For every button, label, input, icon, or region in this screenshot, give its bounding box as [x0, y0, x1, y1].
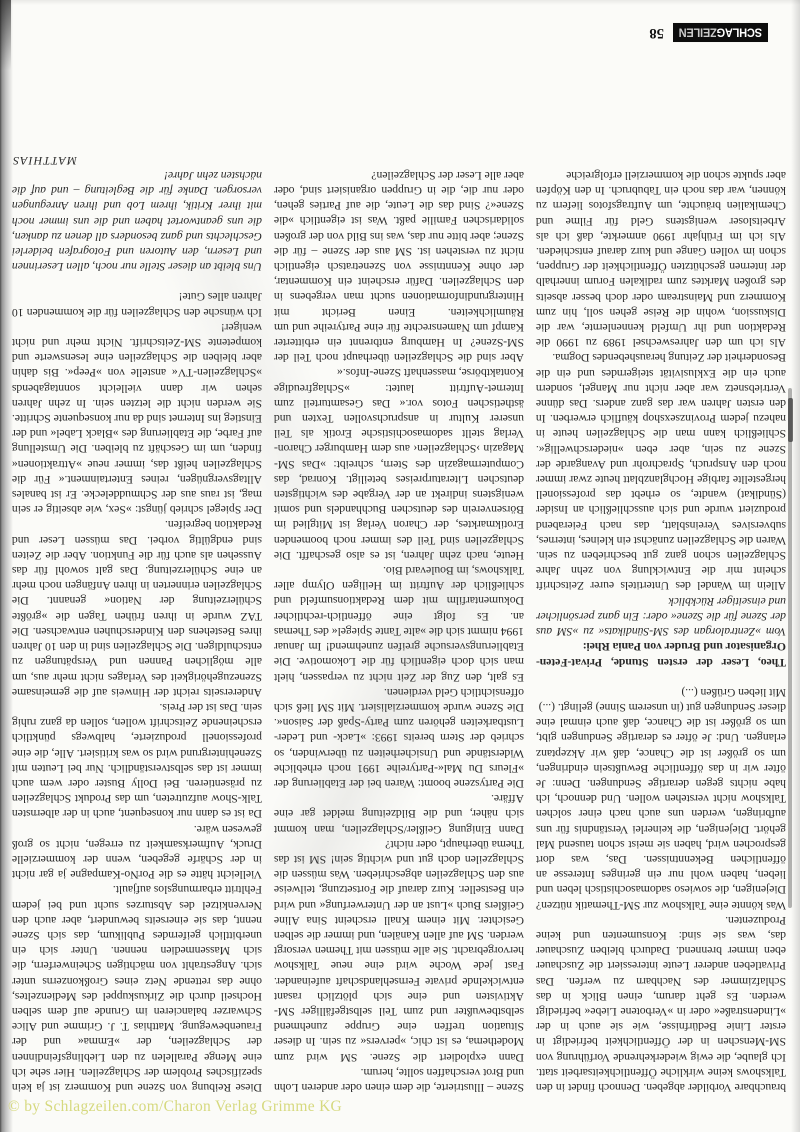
paragraph: Vielleicht hätte es die PorNo-Kampagne j…: [12, 821, 262, 882]
scan-edge-right-shadow: [791, 0, 800, 1132]
paragraph: Da ist es dann nur konsequent, auch in d…: [12, 700, 262, 822]
article-column-1: brauchbare Vorbilder abgeben. Dennoch fi…: [536, 47, 786, 1095]
paragraph: Diese Reibung von Szene und Kommerz ist …: [12, 882, 262, 1095]
paragraph: Mit lieben Grüßen (...): [536, 685, 786, 700]
scan-edge-left-shadow: [0, 0, 13, 1132]
paragraph: Uns bleibt an dieser Stelle nur noch, al…: [12, 168, 262, 274]
paragraph: Theo, Leser der ersten Stunde, Privat-Fe…: [536, 639, 786, 669]
scan-edge-right-mark: [788, 398, 793, 442]
copyright-watermark: © by Schlagzeilen.com/Charon Verlag Grim…: [8, 1098, 342, 1116]
scan-viewport: { "scan": { "watermark_text": "© by Schl…: [0, 0, 800, 1132]
article-column-2: Szene – Illustrierte, die dem einen oder…: [274, 47, 524, 1095]
paragraph: Szene – Illustrierte, die dem einen oder…: [274, 1065, 524, 1095]
paragraph: Aber sind die Schlagzeilen überhaupt noc…: [274, 168, 524, 366]
magazine-logo: SCHLAGZEILEN: [673, 23, 768, 42]
scan-edge-top-shadow: [0, 0, 800, 5]
paragraph: Allein im Wandel des Untertitels eurer Z…: [536, 350, 786, 593]
paragraph: Der Spiegel schrieb jüngst: »Sex, wie ab…: [12, 320, 262, 518]
scan-edge-right-line: [788, 388, 792, 908]
paragraph: Als ich um den Jahreswechsel 1989 zu 199…: [536, 168, 786, 350]
article-columns: brauchbare Vorbilder abgeben. Dennoch fi…: [12, 47, 786, 1095]
article-column-3: Diese Reibung von Szene und Kommerz ist …: [12, 47, 262, 1095]
signature: MATTHIAS: [12, 153, 262, 168]
paragraph: Die Partyszene boomt: Waren bei der Etab…: [274, 685, 524, 791]
page-number: 58: [649, 25, 664, 42]
paragraph: brauchbare Vorbilder abgeben. Dennoch fi…: [536, 913, 786, 1095]
paragraph: Ich wünsche den Schlagzeilen für die kom…: [12, 289, 262, 319]
paragraph: Es galt, den Zug der Zeit nicht zu verpa…: [274, 563, 524, 685]
paragraph: Dann Einigung Geißler/Schlagzeilen, man …: [274, 791, 524, 837]
paragraph: Heute, nach zehn Jahren, ist es also ges…: [274, 365, 524, 563]
magazine-logo-schlag: SCHLAG: [717, 26, 762, 39]
page-footer: SCHLAGZEILEN 58: [649, 20, 768, 46]
magazine-logo-zeilen: ZEILEN: [679, 26, 717, 39]
paragraph: Andererseits reicht der Hinweis auf die …: [12, 517, 262, 699]
scan-edge-left-top-shadow: [0, 0, 11, 70]
flipped-scan-wrapper: brauchbare Vorbilder abgeben. Dennoch fi…: [0, 0, 800, 1132]
paragraph: Dann explodiert die Szene. SM wird zum M…: [274, 837, 524, 1065]
paragraph: Vom »Zentralorgan des SM-Sündikats« zu »…: [536, 594, 786, 640]
paragraph: Was könnte eine Talkshow zur SM-Thematik…: [536, 700, 786, 913]
magazine-page: brauchbare Vorbilder abgeben. Dennoch fi…: [0, 0, 800, 1132]
